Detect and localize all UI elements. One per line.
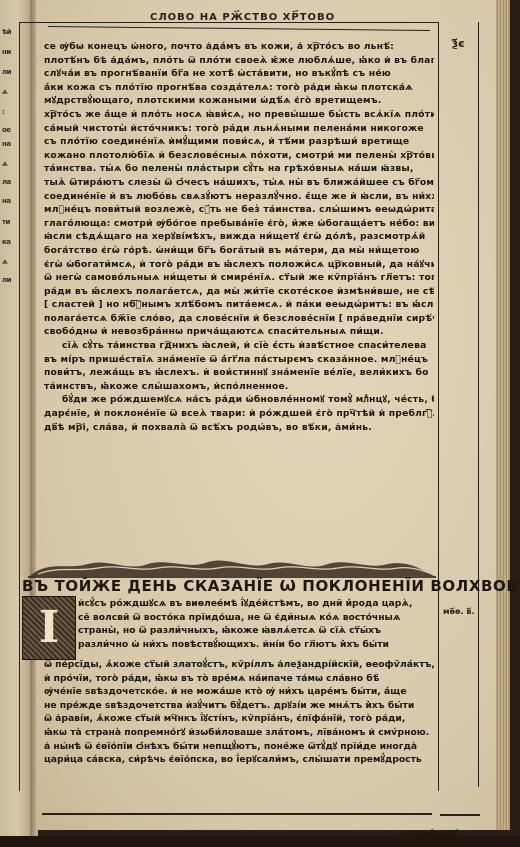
text-line: дв҃ѣ мр҇і, сла́ва, и҆ похвала̀ ѿ всѣ́хъ …: [44, 421, 434, 435]
facing-page-fragment: на: [2, 140, 11, 148]
text-line: ѿ негѡ̀ самово́льныѧ ни́щеты и҆ смире́нї…: [44, 271, 434, 285]
text-line: [ сластей ] но нбⷭ҇нымъ хлѣ́бомъ пита́ем…: [44, 298, 434, 312]
text-line: та́инства. ты́ѧ бо пелены̀ пла́стыри сꙋ́…: [44, 162, 434, 176]
facing-page-fragment: ка: [2, 238, 10, 246]
text-line: кожано плотолю́бїѧ и҆ безслове́сныѧ по́х…: [44, 149, 434, 163]
text-line: страны̀, но ѿ разли́чныхъ, ꙗ҆́коже ꙗ҆влѧ…: [78, 623, 436, 637]
page-edges: [496, 0, 510, 830]
text-line: са́мый чистоты̀ и҆сто́чникъ: того̀ ра́ди…: [44, 122, 434, 136]
decorative-headpiece: [28, 556, 436, 578]
body-text: се ѹ҆бѡ конецъ ѡ҆ного, почто а҆да́мъ въ …: [44, 40, 434, 434]
bottom-rule: [42, 813, 432, 815]
text-line: хр҇то́съ же а҆́ще и҆ пло́ть носѧ ꙗ҆ви́сѧ…: [44, 108, 434, 122]
section-text: ѿ пе́рсїды, ѧ҆́коже ст҃ый златоꙋ́стъ, кѷ…: [44, 657, 436, 766]
text-line: не пре́жде ѕвѣздочетства и҆зꙋ́читъ бꙋ́де…: [44, 698, 436, 712]
facing-page-fragment: ни: [2, 48, 11, 56]
text-line: се ѹ҆бѡ конецъ ѡ҆ного, почто а҆да́мъ въ …: [44, 40, 434, 54]
text-line: въ мі́ръ прише́ствїѧ зна́менїе ѿ а҆́гг҃л…: [44, 353, 434, 367]
text-line: полага́етсѧ бж҃їе сло́во, да слове́снїи …: [44, 312, 434, 326]
text-line: соедине́нїе и҆ въ любо́вь свѧзꙋ́ютъ нера…: [44, 190, 434, 204]
text-line: а҆ ны́нѣ ѿ є҆ѳїо́пїи ѻ҆́нѣхъ бы́ти непщꙋ…: [44, 739, 436, 753]
text-line: бꙋ́ди же ро́ждшемꙋсѧ на́съ ра́ди ѡ҆бновл…: [44, 393, 434, 407]
section-heading: ВЪ ТОЙЖЕ ДЕНЬ СКАЗАНЇЕ Ѡ ПОКЛОНЕНЇИ ВОЛХ…: [22, 577, 520, 595]
text-line: ѿ а҆раві́и, ѧ҆́коже ст҃ый мч҇нкъ ї҆ꙋсті́…: [44, 711, 436, 725]
text-line: сїѧ̀ сꙋ́ть та́инства гд҇нихъ ꙗ҆слей, и҆ …: [44, 339, 434, 353]
background-shadow: [0, 836, 520, 847]
running-head: СЛОВО НА РЖ҃СТВО ХР҃ТОВО: [150, 12, 335, 23]
text-line: ѹ҆че́нїе ѕвѣздочетско́е. и҆ не можа́ше к…: [44, 684, 436, 698]
text-line: съ пло́тїю соедине́нїѧ и҆мꙋ́щими пови́сѧ…: [44, 135, 434, 149]
text-line: свобо́днѡ и҆ невозбра́ннѡ прича́щаютсѧ с…: [44, 325, 434, 339]
text-line: и҆ про́чїи, того̀ ра́ди, ꙗ҆́кѡ въ то̀ вр…: [44, 671, 436, 685]
text-line: цари́ца са́вска, си́рѣчь є҆ѳїо́пска, во …: [44, 752, 436, 766]
text-line: бога́тство є҆гѡ̀ го́рѣ. ѡ҆ни́щи бг҃ъ бог…: [44, 244, 434, 258]
text-line: а҆́ки кожа съ пло́тїю прогнѣ́ва созда́те…: [44, 81, 434, 95]
text-line: ра́ди въ ꙗ҆́слехъ полага́етсѧ, да мы̀ жи…: [44, 285, 434, 299]
text-line: млⷣне́цъ пови́тый возлежѐ, сꙋ́ть не без̾…: [44, 203, 434, 217]
facing-page-fragment: :: [2, 108, 4, 116]
section-text-indented: и҆сꙋ́съ ро́ждшꙋсѧ въ виѳлее́мѣ ї҆ꙋде́йст…: [78, 596, 436, 650]
facing-page-fragment: ое: [2, 126, 11, 134]
text-line: ѿ пе́рсїды, ѧ҆́коже ст҃ый златоꙋ́стъ, кѷ…: [44, 657, 436, 671]
facing-page-fragment: ѧ: [2, 88, 7, 96]
text-line: мꙋдрствꙋ́ющаго, плотскими кожаными ѡ҆дѣ́…: [44, 94, 434, 108]
facing-page-fragment: на: [2, 197, 11, 205]
facing-page-fragment: ла: [2, 178, 11, 186]
facing-page-fragment: ѧ: [2, 160, 7, 168]
facing-page-fragment: ли: [2, 68, 11, 76]
text-line: се̑ волсви̑ ѿ восто́ка прїидо́ша, не ѿ є…: [78, 610, 436, 624]
text-line: и҆сꙋ́съ ро́ждшꙋсѧ въ виѳлее́мѣ ї҆ꙋде́йст…: [78, 596, 436, 610]
text-line: ꙗ҆сли сѣдѧ́щаго на херꙋві́мѣхъ, вижда ни…: [44, 230, 434, 244]
folio-number: ѯ҃є: [452, 37, 465, 50]
text-line: та́инствъ, ꙗ҆́коже слы́шахомъ, и҆спо́лне…: [44, 380, 434, 394]
facing-page-fragment: ѣй: [2, 28, 11, 36]
margin-column: [440, 22, 479, 787]
text-line: разли́чно ѡ҆ ни́хъ повѣствꙋ́ющихъ. и҆ні́…: [78, 637, 436, 651]
facing-page-fragment: ѧ: [2, 258, 7, 266]
text-line: ꙗ҆́кѡ та̀ страна̀ попремно́гꙋ и҆зѡби́лов…: [44, 725, 436, 739]
facing-page-fragment: ли: [2, 276, 11, 284]
bottom-rule-margin: [440, 814, 480, 816]
text-line: тыѧ̀ ѿтира́ютъ слезы̀ ѿ ѻ҆́чесъ на́шихъ,…: [44, 176, 434, 190]
text-line: пови́тъ, лежа́щь въ ꙗ҆́слехъ. и҆ вои́сти…: [44, 366, 434, 380]
decorated-initial: І: [22, 596, 76, 660]
text-line: дарє́нїе, и҆ поклоне́нїе ѿ всеѧ̀ твари: …: [44, 407, 434, 421]
text-line: слꙋча́и въ прогнѣ́ванїи бг҃а не хотѣ̀ ѡ҆…: [44, 67, 434, 81]
text-line: плотѣ́нъ бѣ а҆да́мъ, пло́ть ѿ пло́ти сво…: [44, 54, 434, 68]
text-line: є҆гѡ̀ ѡ҆богати́мсѧ, и҆ того̀ ра́ди въ ꙗ҆…: [44, 258, 434, 272]
text-line: глаго́люща: смотри́ ѹ҆бо́гое пребыва́нїе…: [44, 217, 434, 231]
margin-reference: мѳ҃ѳ. в҃.: [443, 607, 474, 616]
facing-page-fragment: ти: [2, 218, 10, 226]
